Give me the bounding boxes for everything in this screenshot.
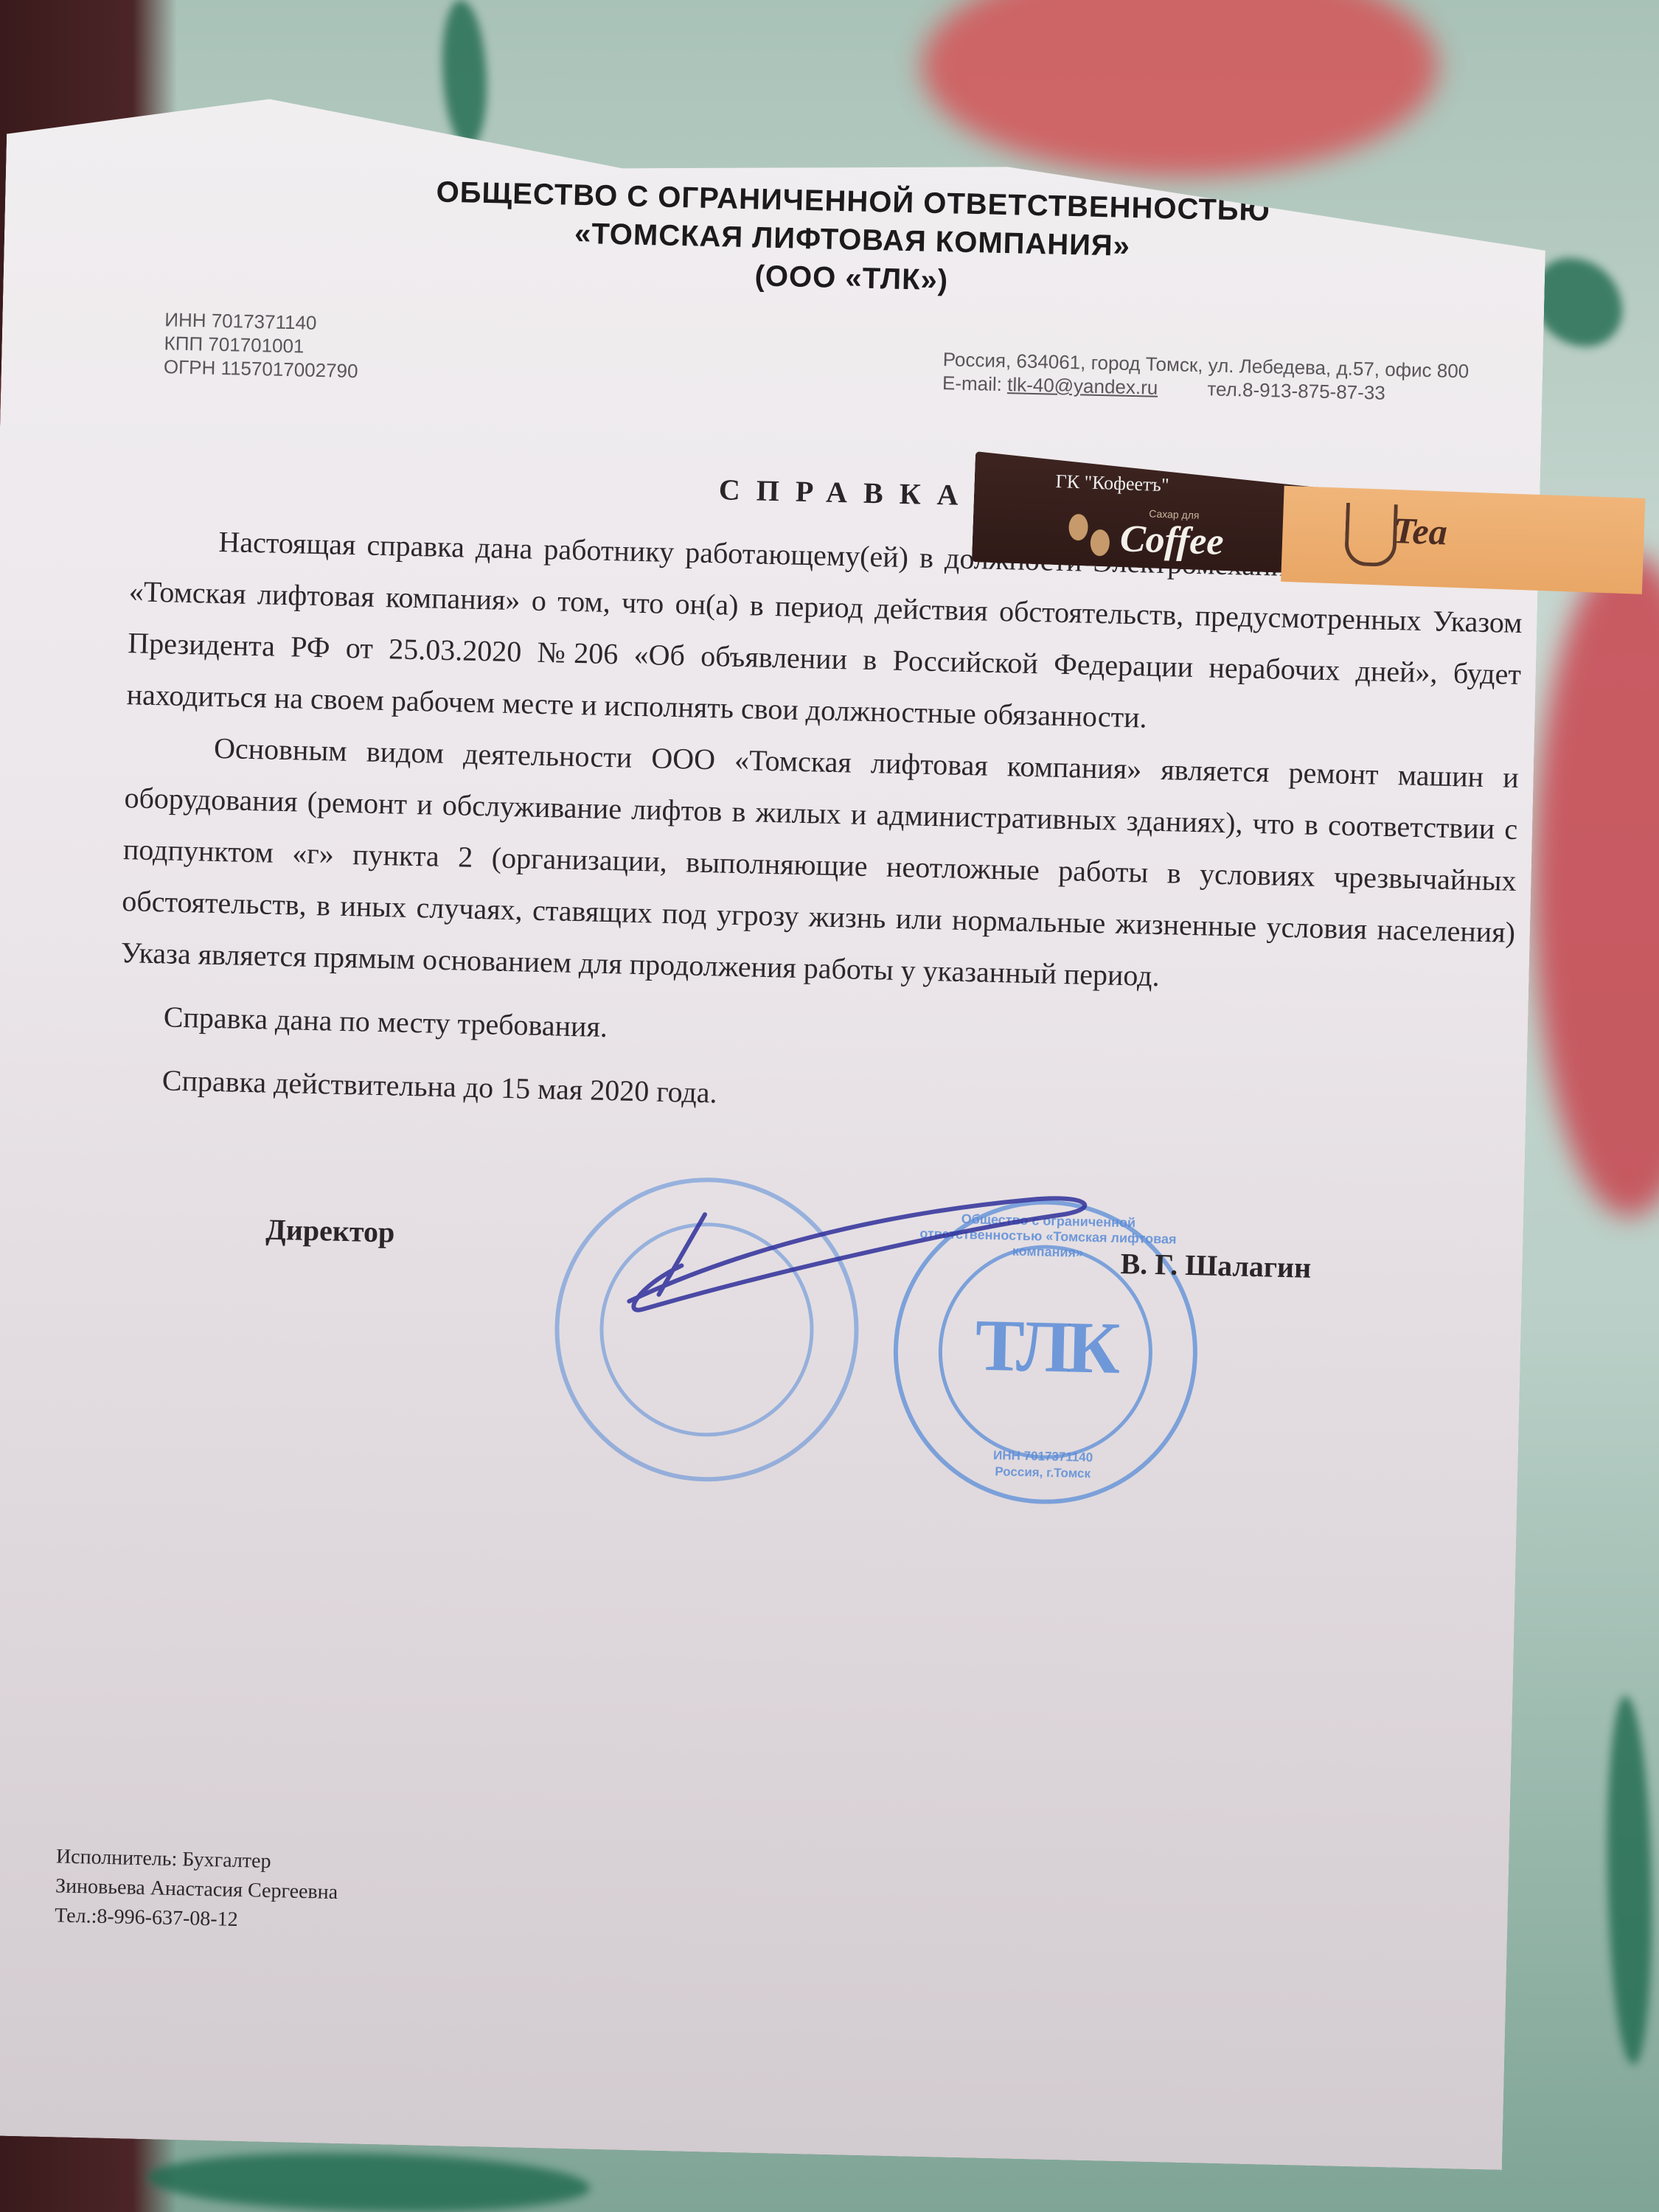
registration-numbers: ИНН 7017371140 КПП 701701001 ОГРН 115701… (164, 307, 360, 383)
phone: тел.8-913-875-87-33 (1207, 378, 1385, 403)
paragraph-activity-basis: Основным видом деятельности ООО «Томская… (120, 720, 1519, 1010)
tea-cup-icon (1344, 503, 1398, 567)
executor-info: Исполнитель: Бухгалтер Зиновьева Анастас… (55, 1842, 339, 1937)
signature-block: Директор Общество с ограниченной ответст… (109, 1150, 1458, 1489)
background-leaf (1607, 1696, 1652, 2065)
coffee-bean-icon (1068, 514, 1088, 541)
background-leaf (1534, 258, 1622, 347)
background-flower (922, 0, 1438, 177)
sachet-tea-side (1281, 486, 1645, 594)
company-requisites: ИНН 7017371140 КПП 701701001 ОГРН 115701… (223, 309, 1478, 408)
background-leaf (147, 2153, 590, 2212)
document-body: Настоящая справка дана работнику работаю… (117, 514, 1524, 1137)
email-link[interactable]: tlk-40@yandex.ru (1007, 373, 1158, 399)
sachet-coffee-side: ГК "Кофеетъ" Сахар для Coffee (972, 451, 1322, 574)
ogrn: ОГРН 1157017002790 (164, 355, 358, 383)
company-header: ОБЩЕСТВО С ОГРАНИЧЕННОЙ ОТВЕТСТВЕННОСТЬЮ… (224, 168, 1480, 312)
background-leaf (442, 0, 487, 147)
sachet-brand: ГК "Кофеетъ" (1055, 470, 1169, 496)
sachet-tea-label: Tea (1393, 509, 1448, 554)
document-content: ОБЩЕСТВО С ОГРАНИЧЕННОЙ ОТВЕТСТВЕННОСТЬЮ… (198, 168, 1480, 1489)
sachet-coffee-label: Coffee (1119, 517, 1225, 564)
coffee-bean-icon (1090, 529, 1110, 557)
background-flower (1534, 553, 1659, 1217)
stamp-bottom-text: ИНН 7017371140 Россия, г.Томск (895, 1445, 1191, 1484)
handwritten-signature-icon (614, 1183, 1178, 1328)
contact-info: Россия, 634061, город Томск, ул. Лебедев… (942, 325, 1470, 408)
email-label: E-mail: (942, 372, 1003, 395)
document-sheet: ОБЩЕСТВО С ОГРАНИЧЕННОЙ ОТВЕТСТВЕННОСТЬЮ… (0, 93, 1548, 2170)
signer-position: Директор (265, 1212, 395, 1250)
sugar-sachet: ГК "Кофеетъ" Сахар для Coffee Tea (971, 451, 1646, 593)
signer-name: В. Г. Шалагин (1120, 1246, 1312, 1285)
